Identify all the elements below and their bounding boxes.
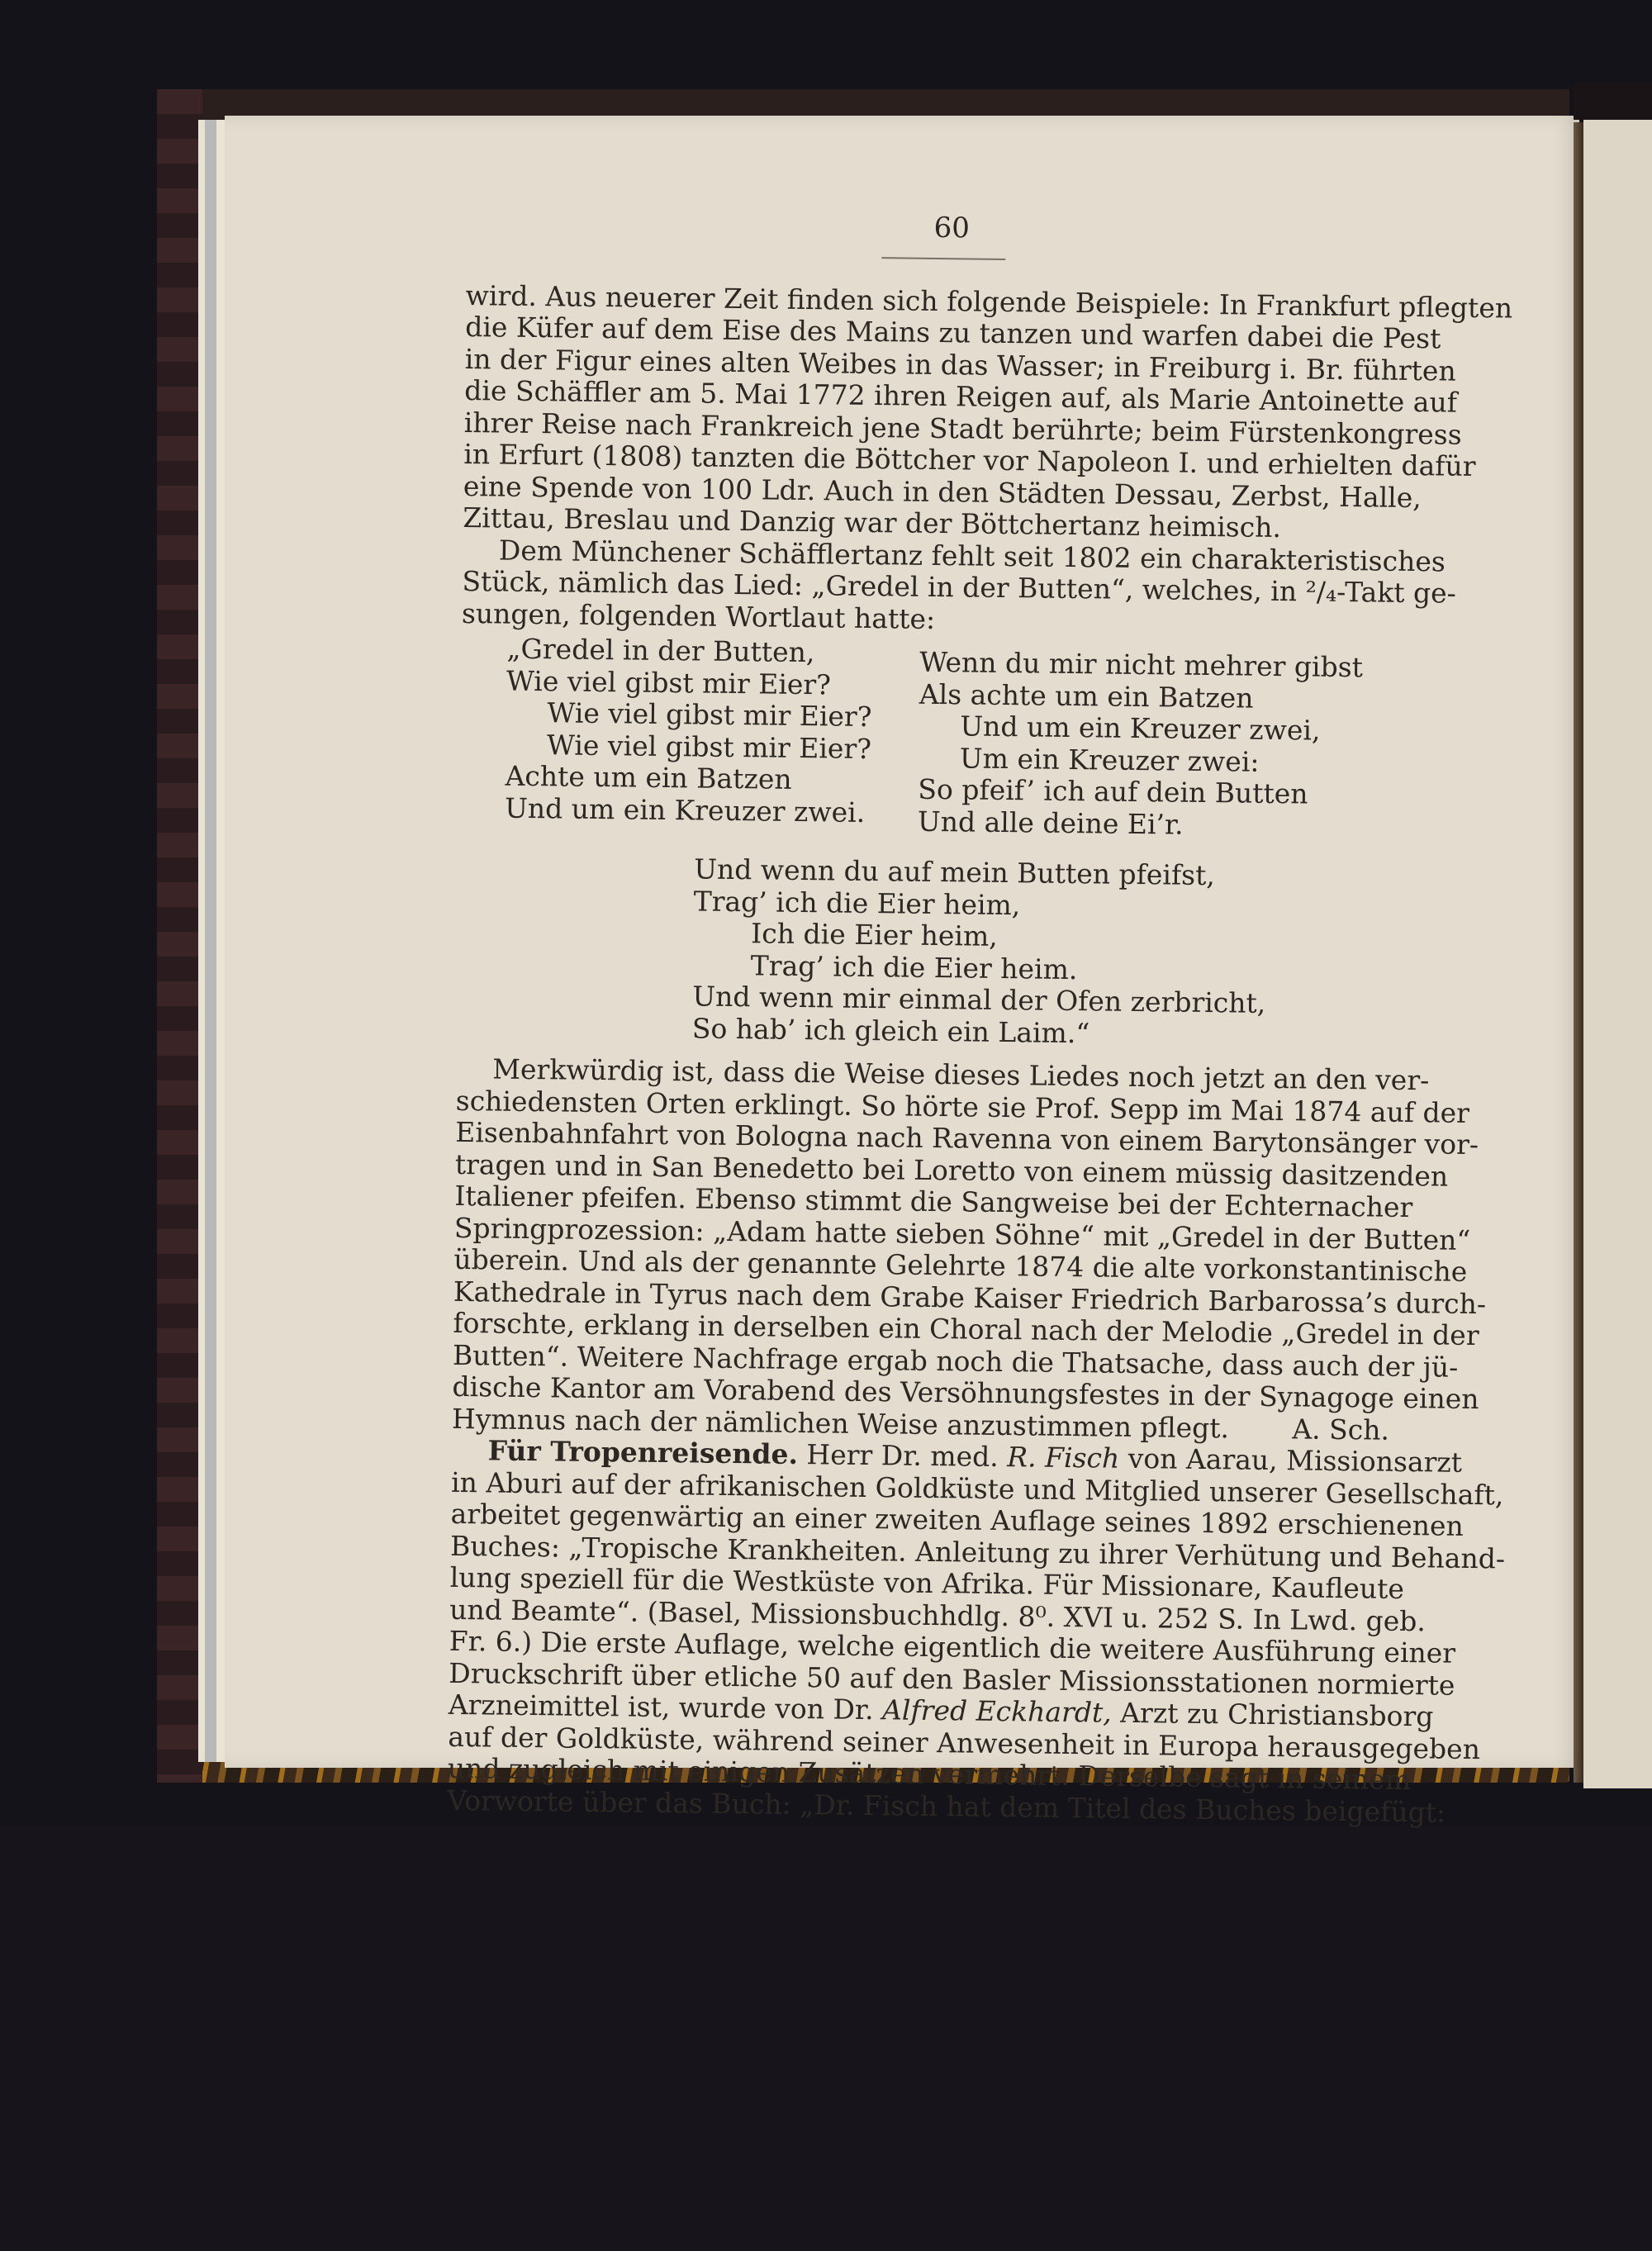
poem-verses: „Gredel in der Butten, Wie viel gibst mi… [458,633,1415,862]
poem-line: Und alle deine Ei’r. [918,805,1361,843]
facing-cover-edge [1574,83,1652,120]
text-fragment: Arzt zu Christiansborg [1120,1697,1434,1733]
poem-right-column: Wenn du mir nicht mehrer gibst Als achte… [918,647,1363,843]
poem-line: „Gredel in der Butten, [506,634,872,670]
header-rule [881,257,1005,260]
page-text: 60 wird. Aus neuerer Zeit finden sich fo… [447,207,1421,1828]
person-name: R. Fisch [1007,1441,1119,1475]
background-cloth [0,1826,1652,2251]
paragraph-schaefflertanz: Dem Münchener Schäfflertanz fehlt seit 1… [462,534,1417,641]
facing-page-edge [1583,120,1652,1788]
poem-line: Achte um ein Batzen [505,761,871,797]
book-gutter [1574,122,1583,1783]
person-name: Alfred Eckhardt, [882,1693,1112,1728]
text-fragment: Herr Dr. med. [806,1438,999,1473]
book-cover-leather-left [157,89,202,1783]
paragraph-boettchertanz: wird. Aus neuerer Zeit finden sich folge… [463,279,1420,545]
poem-left-column: „Gredel in der Butten, Wie viel gibst mi… [505,634,873,829]
text-fragment: von Aarau, Missionsarzt [1128,1442,1463,1479]
text-fragment: Arzneimittel ist, wurde von Dr. [449,1688,874,1726]
paragraph-tropenreisende: Für Tropenreisende. Herr Dr. med. R. Fis… [447,1435,1406,1828]
poem-closing-stanza: Und wenn du auf mein Butten pfeifst, Tra… [457,851,1413,1053]
paragraph-merkwuerdig: Merkwürdig ist, dass die Weise dieses Li… [452,1053,1411,1446]
poem-line: Wie viel gibst mir Eier? [506,665,872,701]
poem-line: Und um ein Kreuzer zwei. [505,792,871,829]
poem-line: Wie viel gibst mir Eier? [506,697,871,734]
section-heading: Für Tropenreisende. [487,1434,798,1470]
author-signature: A. Sch. [1292,1413,1406,1446]
